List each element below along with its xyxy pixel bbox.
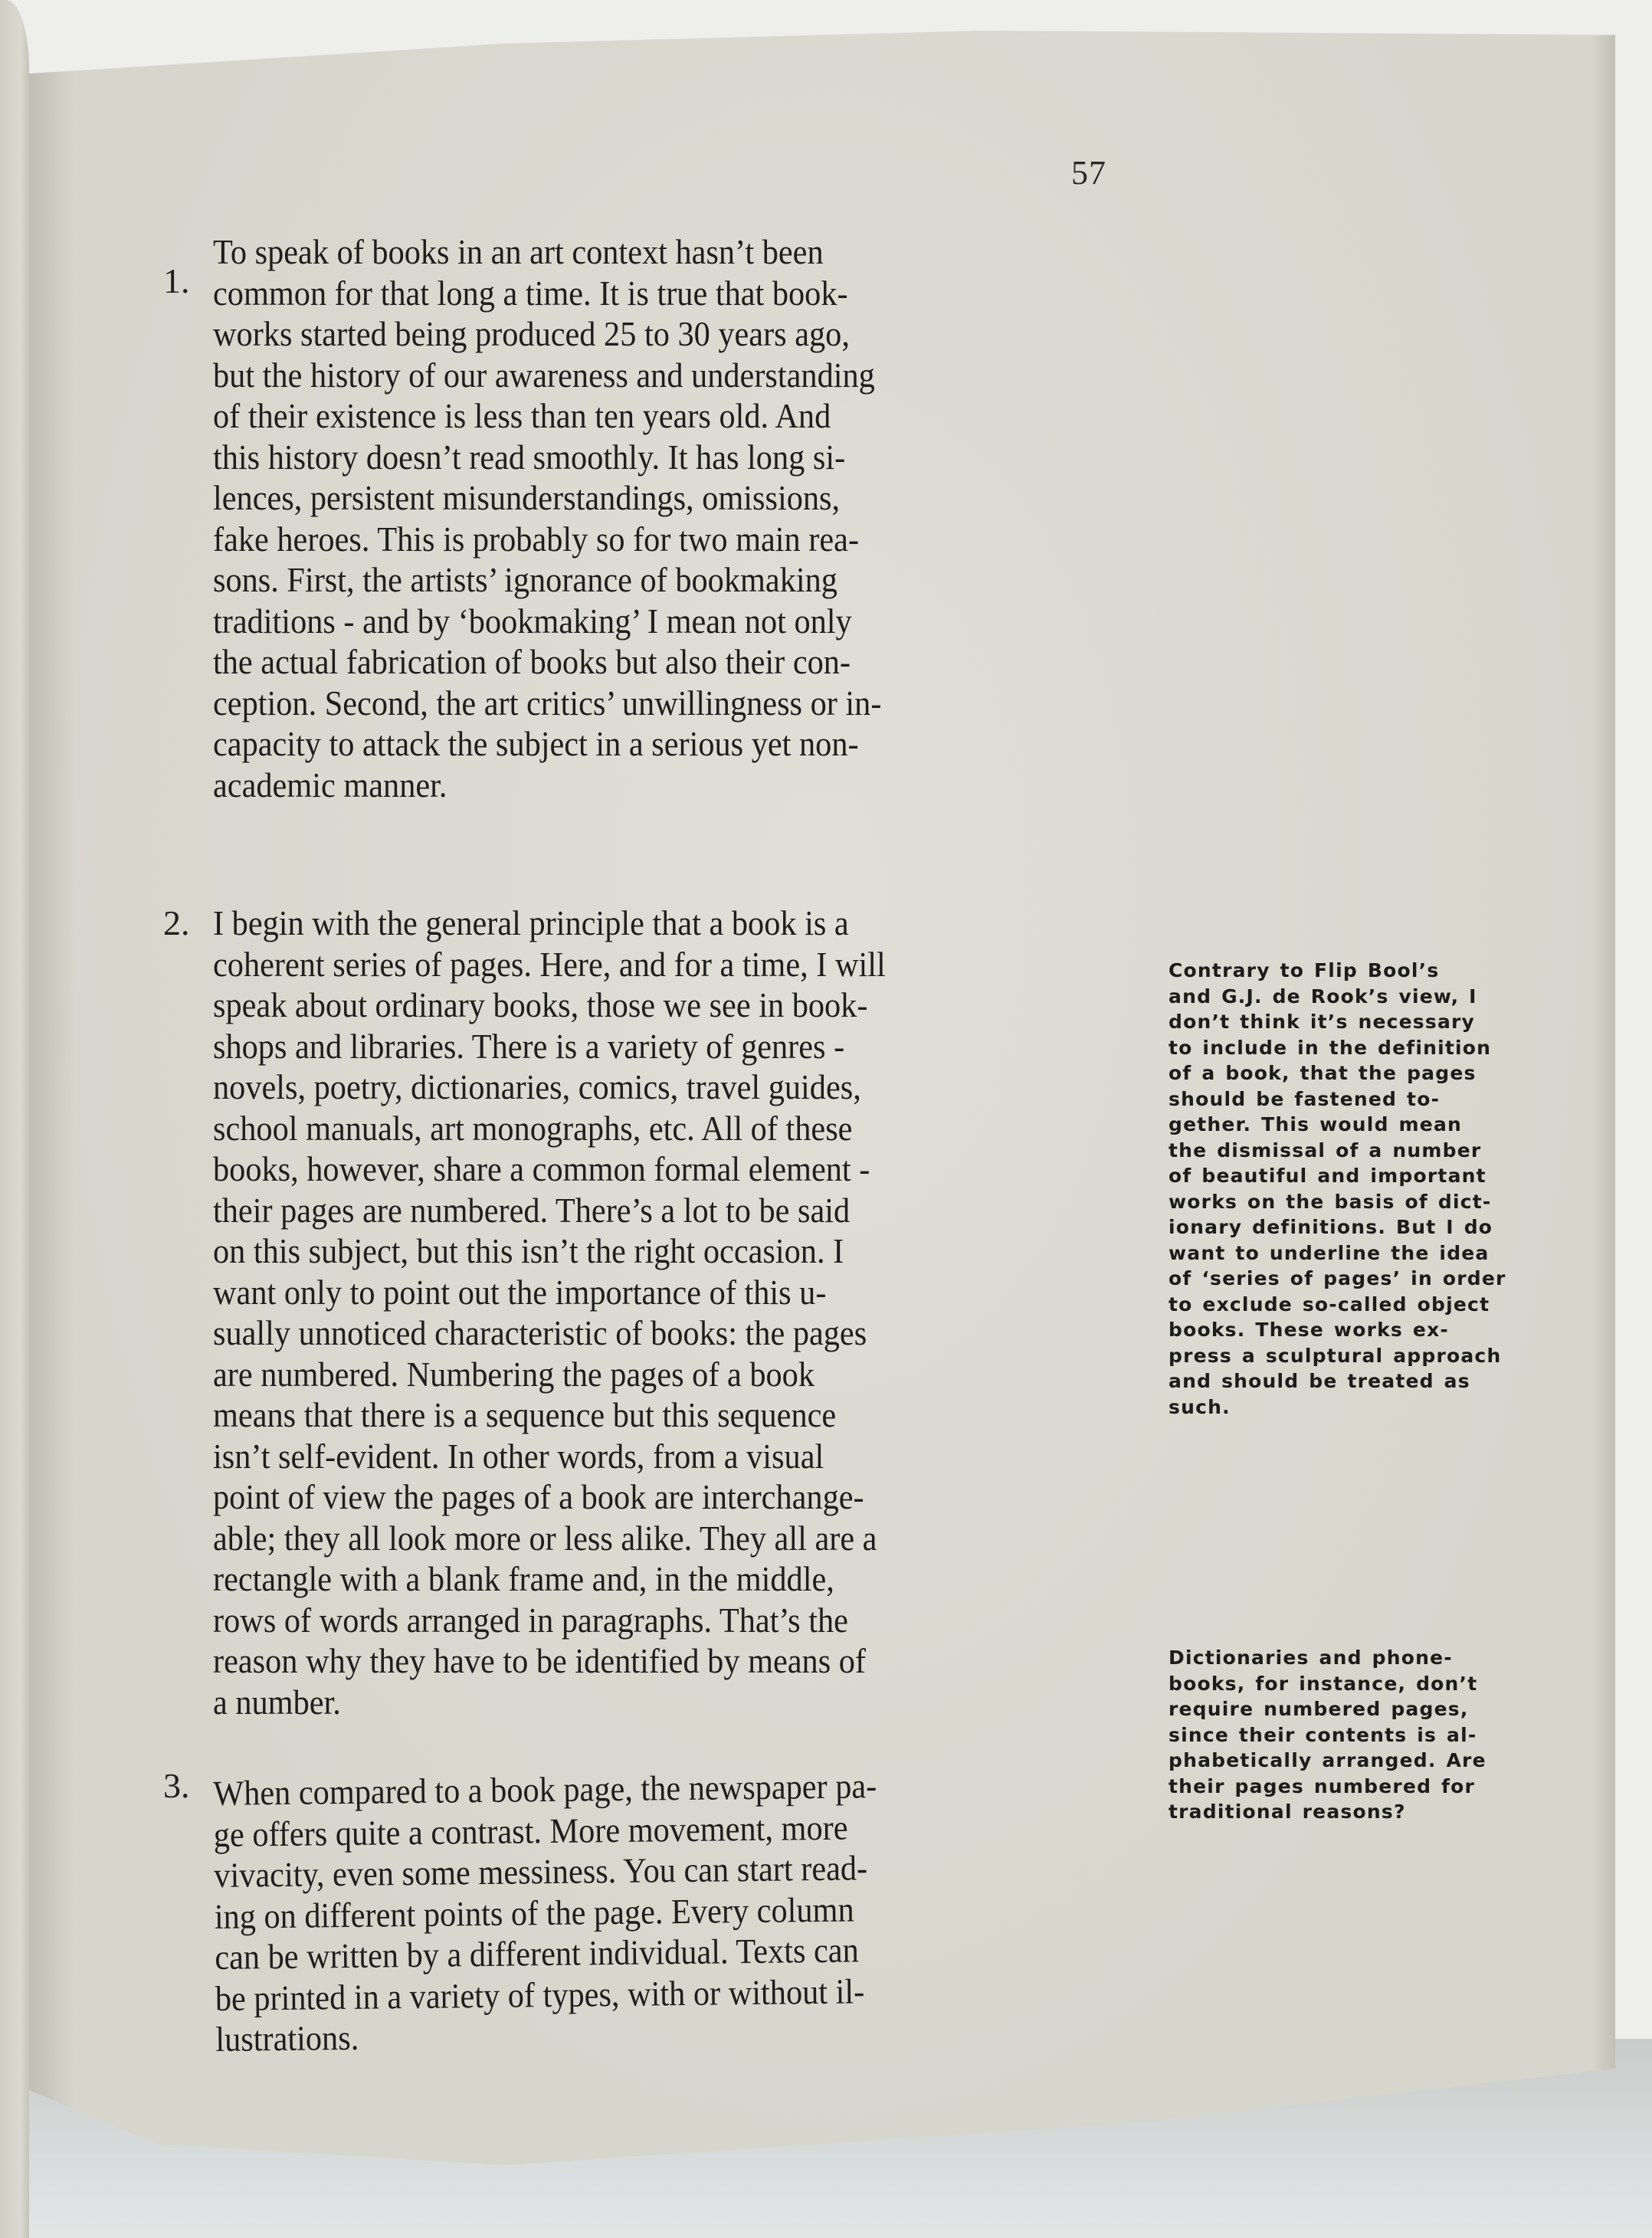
text-line: rows of words arranged in paragraphs. Th… xyxy=(213,1600,1094,1641)
paragraph-text: I begin with the general principle that … xyxy=(213,903,1094,1722)
text-line: shops and libraries. There is a variety … xyxy=(213,1026,1094,1067)
text-line: academic manner. xyxy=(213,765,1094,806)
note-line: books. These works ex- xyxy=(1169,1317,1518,1343)
note-line: books, for instance, don’t xyxy=(1169,1671,1518,1697)
note-line: don’t think it’s necessary xyxy=(1169,1009,1518,1035)
text-line: on this subject, but this isn’t the righ… xyxy=(213,1230,1094,1272)
note-line: and G.J. de Rook’s view, I xyxy=(1169,984,1518,1010)
paragraph-1: 1. To speak of books in an art context h… xyxy=(163,231,1102,805)
paragraph-text: To speak of books in an art context hasn… xyxy=(213,231,1094,805)
note-line: press a sculptural approach xyxy=(1169,1343,1518,1369)
paragraph-number: 3. xyxy=(163,1765,202,1807)
text-line: are numbered. Numbering the pages of a b… xyxy=(213,1354,1094,1395)
text-line: books, however, share a common formal el… xyxy=(213,1148,1094,1190)
note-line: their pages numbered for xyxy=(1169,1774,1518,1800)
text-line: To speak of books in an art context hasn… xyxy=(213,231,1094,273)
note-line: Dictionaries and phone- xyxy=(1169,1645,1518,1671)
text-line: lences, persistent misunderstandings, om… xyxy=(213,477,1094,519)
text-line: sually unnoticed characteristic of books… xyxy=(213,1312,1094,1354)
note-line: to include in the definition xyxy=(1169,1035,1518,1061)
text-line: novels, poetry, dictionaries, comics, tr… xyxy=(213,1067,1094,1108)
text-line: of their existence is less than ten year… xyxy=(213,395,1094,437)
text-line: coherent series of pages. Here, and for … xyxy=(213,944,1094,985)
text-line: isn’t self-evident. In other words, from… xyxy=(213,1436,1094,1477)
note-line: of ‘series of pages’ in order xyxy=(1169,1266,1518,1292)
text-line: able; they all look more or less alike. … xyxy=(213,1518,1094,1559)
paragraph-2: 2. I begin with the general principle th… xyxy=(163,903,1102,1722)
note-line: Contrary to Flip Bool’s xyxy=(1169,958,1518,984)
text-line: sons. First, the artists’ ignorance of b… xyxy=(213,559,1094,601)
text-line: the actual fabrication of books but also… xyxy=(213,641,1094,683)
note-line: want to underline the idea xyxy=(1169,1240,1518,1266)
note-line: gether. This would mean xyxy=(1169,1112,1518,1138)
facing-page-edge xyxy=(0,0,29,2238)
note-line: the dismissal of a number xyxy=(1169,1138,1518,1164)
page-number: 57 xyxy=(1071,153,1106,192)
side-note-1: Contrary to Flip Bool’s and G.J. de Rook… xyxy=(1169,958,1518,1420)
note-line: ionary definitions. But I do xyxy=(1169,1214,1518,1240)
text-line: but the history of our awareness and und… xyxy=(213,355,1094,396)
text-line: a number. xyxy=(213,1682,1094,1723)
note-line: phabetically arranged. Are xyxy=(1169,1748,1518,1774)
text-line: their pages are numbered. There’s a lot … xyxy=(213,1190,1094,1231)
text-line: works started being produced 25 to 30 ye… xyxy=(213,313,1094,355)
paragraph-number: 2. xyxy=(163,903,202,944)
note-line: traditional reasons? xyxy=(1169,1799,1518,1825)
paragraph-text: When compared to a book page, the newspa… xyxy=(213,1763,1097,2060)
note-line: should be fastened to- xyxy=(1169,1086,1518,1112)
note-line: since their contents is al- xyxy=(1169,1722,1518,1748)
text-line: speak about ordinary books, those we see… xyxy=(213,985,1094,1026)
note-line: of beautiful and important xyxy=(1169,1163,1518,1189)
side-note-2: Dictionaries and phone- books, for insta… xyxy=(1169,1645,1518,1825)
text-line: rectangle with a blank frame and, in the… xyxy=(213,1558,1094,1600)
paragraph-3: 3. When compared to a book page, the new… xyxy=(163,1773,1102,2060)
text-line: fake heroes. This is probably so for two… xyxy=(213,519,1094,560)
note-line: to exclude so-called object xyxy=(1169,1292,1518,1318)
text-line: want only to point out the importance of… xyxy=(213,1272,1094,1313)
book-page: 57 1. To speak of books in an art contex… xyxy=(29,31,1615,2176)
note-line: and should be treated as xyxy=(1169,1368,1518,1394)
text-line: reason why they have to be identified by… xyxy=(213,1640,1094,1682)
text-line: I begin with the general principle that … xyxy=(213,903,1094,944)
text-line: this history doesn’t read smoothly. It h… xyxy=(213,437,1094,478)
text-line: school manuals, art monographs, etc. All… xyxy=(213,1108,1094,1149)
text-line: point of view the pages of a book are in… xyxy=(213,1476,1094,1518)
text-line: ception. Second, the art critics’ unwill… xyxy=(213,683,1094,724)
note-line: works on the basis of dict- xyxy=(1169,1189,1518,1215)
note-line: such. xyxy=(1169,1394,1518,1420)
note-line: require numbered pages, xyxy=(1169,1696,1518,1722)
text-line: traditions - and by ‘bookmaking’ I mean … xyxy=(213,601,1094,642)
paragraph-number: 1. xyxy=(163,260,202,302)
text-line: common for that long a time. It is true … xyxy=(213,273,1094,314)
text-line: means that there is a sequence but this … xyxy=(213,1394,1094,1436)
text-line: capacity to attack the subject in a seri… xyxy=(213,723,1094,765)
note-line: of a book, that the pages xyxy=(1169,1060,1518,1086)
